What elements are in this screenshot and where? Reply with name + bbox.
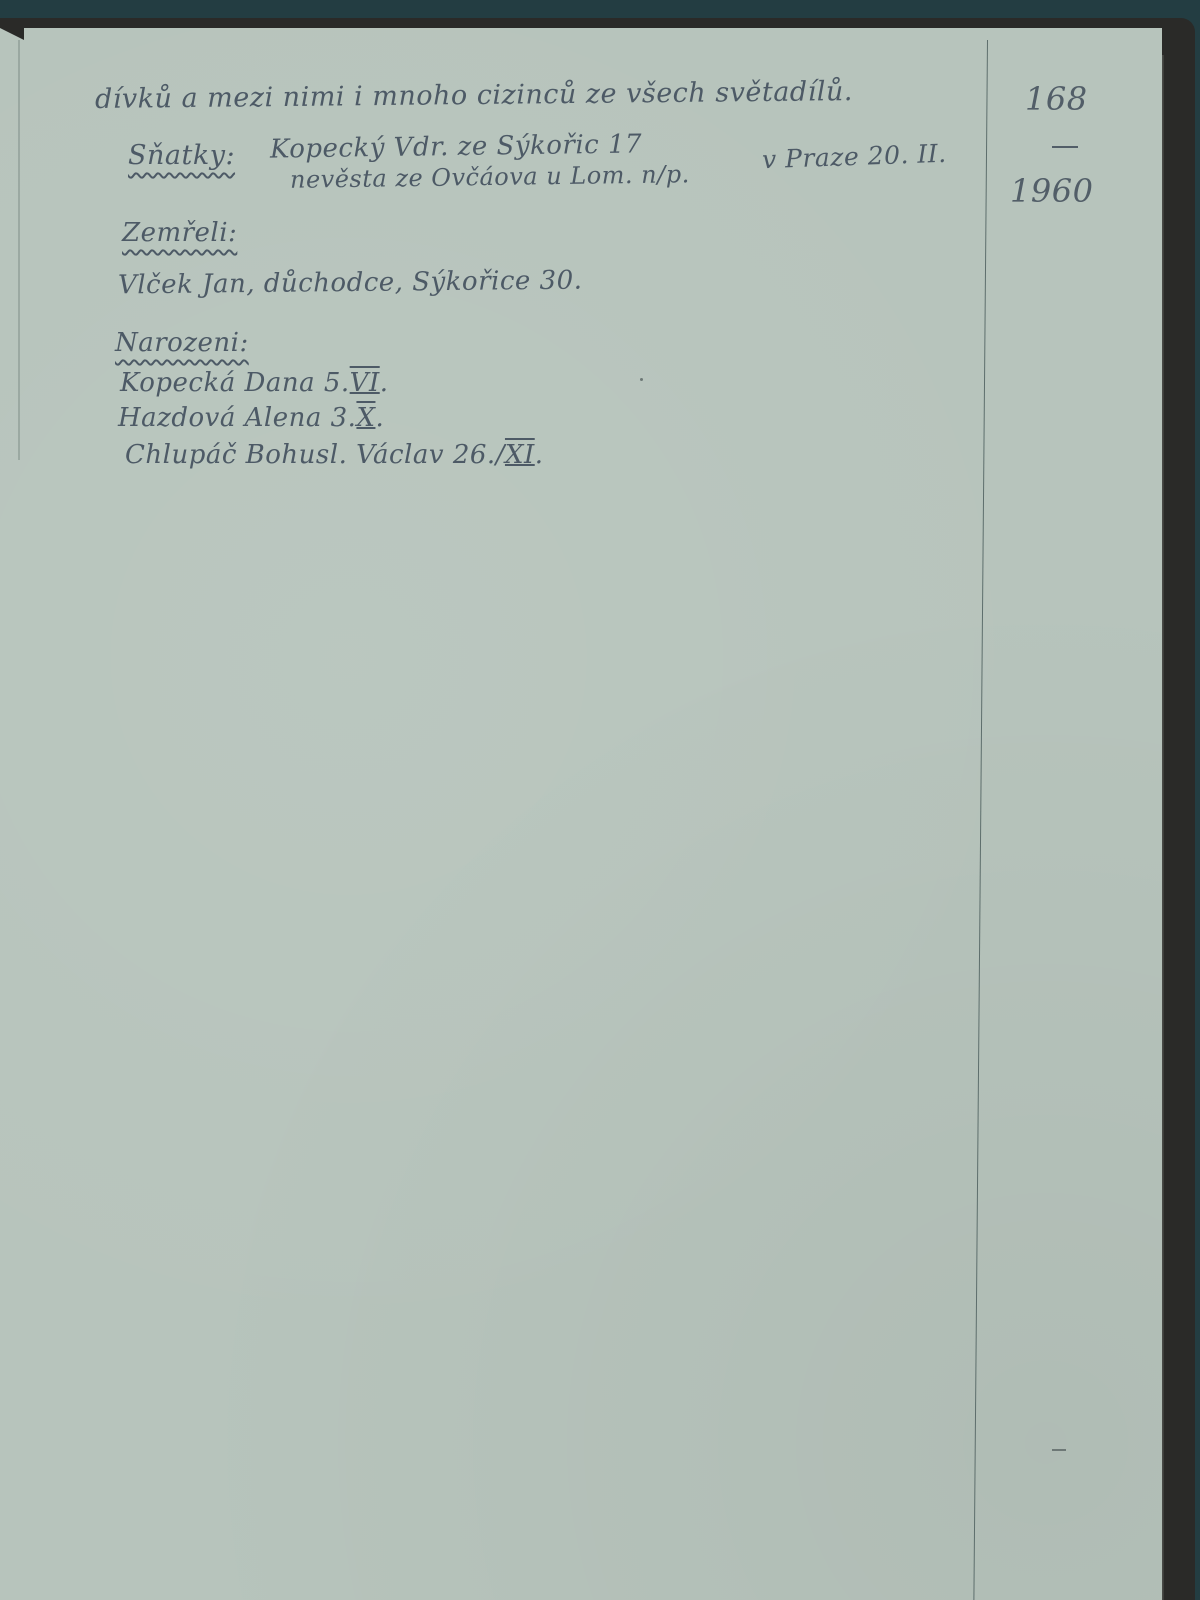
birth-name: Hazdová Alena bbox=[118, 403, 322, 433]
ink-speck bbox=[640, 378, 643, 381]
birth-month: XI bbox=[505, 440, 535, 470]
birth-end: . bbox=[535, 440, 544, 470]
deaths-heading: Zemřeli: bbox=[122, 218, 237, 248]
page-year-separator bbox=[1052, 146, 1078, 148]
birth-name: Kopecká Dana bbox=[120, 368, 315, 398]
birth-end: . bbox=[375, 403, 384, 433]
births-heading: Narozeni: bbox=[115, 328, 249, 358]
birth-end: . bbox=[380, 368, 389, 398]
birth-entry: Hazdová Alena 3.X. bbox=[118, 403, 384, 433]
birth-entry: Chlupáč Bohusl. Václav 26./XI. bbox=[125, 440, 544, 470]
birth-day: 3. bbox=[331, 403, 357, 433]
marriage-entry-line-1: Kopecký Vdr. ze Sýkořic 17 bbox=[270, 129, 643, 164]
birth-month: VI bbox=[350, 368, 380, 398]
birth-day: 5. bbox=[324, 368, 350, 398]
margin-tick-mark bbox=[1052, 1449, 1066, 1451]
scanned-book-scene: dívků a mezi nimi i mnoho cizinců ze vše… bbox=[0, 0, 1200, 1600]
page-number: 168 bbox=[1025, 80, 1088, 118]
chronicle-year: 1960 bbox=[1010, 172, 1093, 210]
death-entry: Vlček Jan, důchodce, Sýkořice 30. bbox=[118, 266, 583, 301]
birth-month: X bbox=[356, 403, 375, 433]
chronicle-page bbox=[0, 28, 1162, 1600]
marriages-heading: Sňatky: bbox=[128, 140, 235, 171]
birth-name: Chlupáč Bohusl. Václav bbox=[125, 440, 444, 470]
birth-day: 26./ bbox=[453, 440, 505, 470]
page-crease bbox=[18, 40, 20, 460]
marriage-entry-line-2: nevěsta ze Ovčáova u Lom. n/p. bbox=[290, 160, 690, 194]
birth-entry: Kopecká Dana 5.VI. bbox=[120, 368, 388, 398]
